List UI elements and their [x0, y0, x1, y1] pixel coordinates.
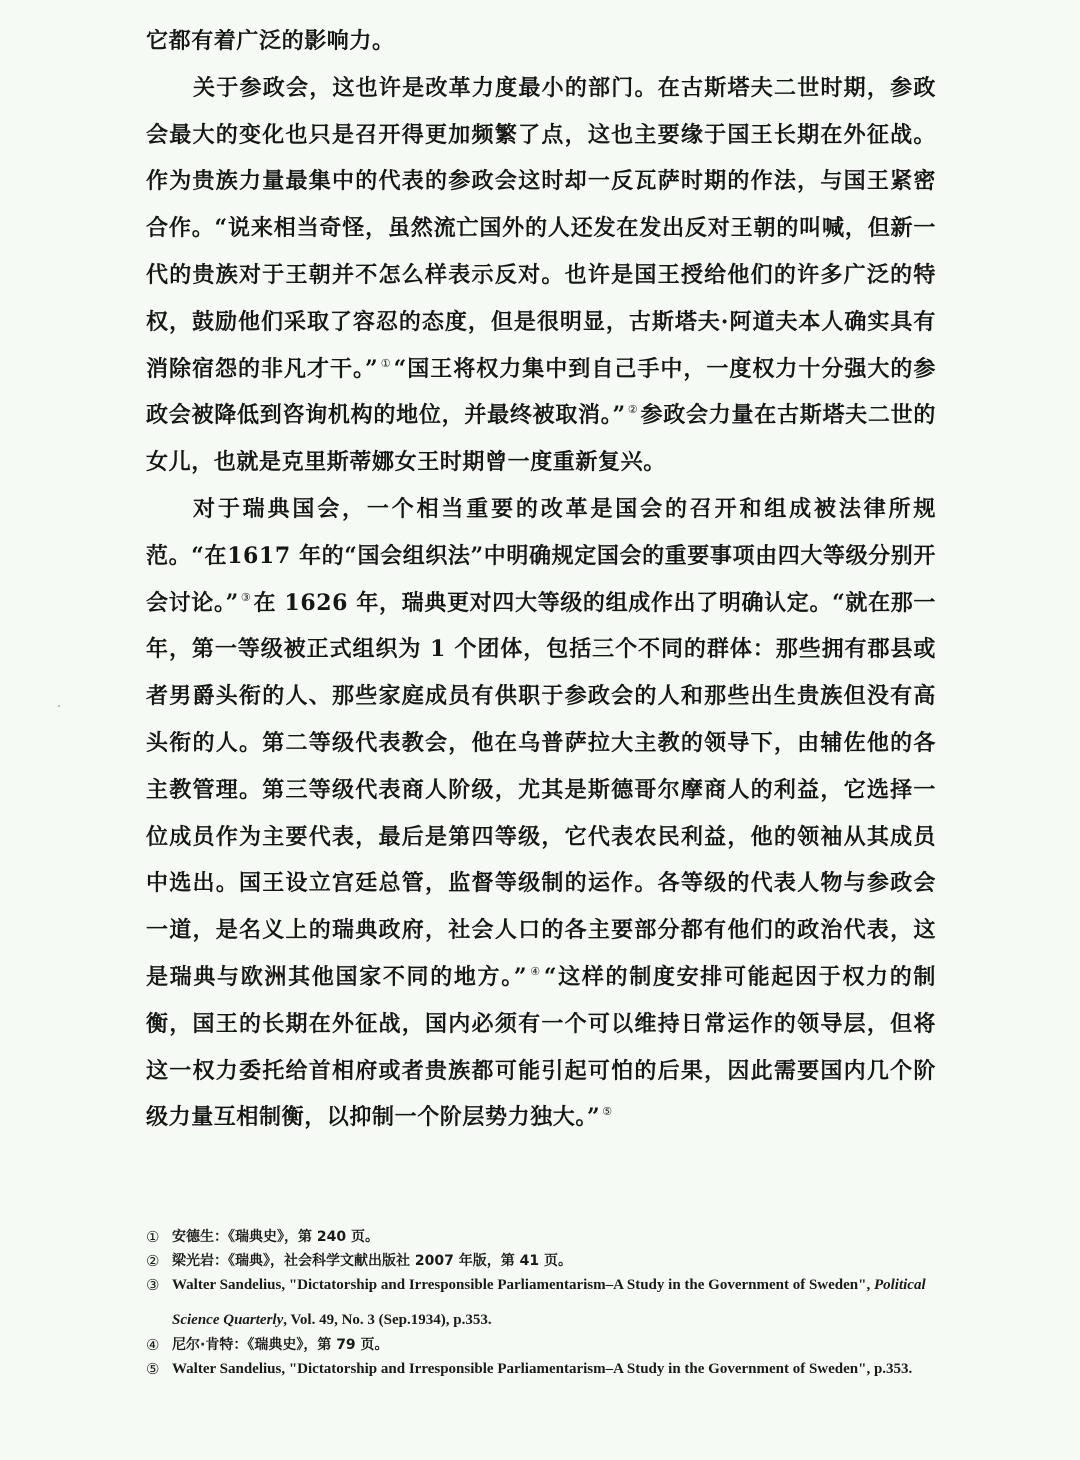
footnote-ref-1[interactable]: ①	[380, 357, 391, 370]
footnote-mark: ⑤	[146, 1352, 172, 1387]
footnote-ref-2[interactable]: ②	[628, 403, 639, 416]
scan-artifact	[58, 705, 60, 707]
footnote-mark: ①	[146, 1226, 172, 1248]
footnotes: ① 安德生：《瑞典史》，第 240 页。 ② 梁光岩：《瑞典》，社会科学文献出版…	[146, 1226, 936, 1383]
paragraph-1: 它都有着广泛的影响力。	[146, 18, 936, 65]
paragraph-text: 关于参政会，这也许是改革力度最小的部门。在古斯塔夫二世时期，参政会最大的变化也只…	[146, 75, 936, 382]
footnote-3: ③ Walter Sandelius, "Dictatorship and Ir…	[146, 1268, 936, 1338]
paragraph-3-riksdag: 对于瑞典国会，一个相当重要的改革是国会的召开和组成被法律所规范。“在1617 年…	[146, 486, 936, 1141]
footnote-ref-3[interactable]: ③	[241, 591, 252, 604]
footnote-text: Walter Sandelius, "Dictatorship and Irre…	[172, 1268, 936, 1338]
footnote-5: ⑤ Walter Sandelius, "Dictatorship and Ir…	[146, 1352, 936, 1387]
footnote-mark: ③	[146, 1268, 172, 1303]
footnote-text: 安德生：《瑞典史》，第 240 页。	[172, 1226, 936, 1248]
paragraph-text: 它都有着广泛的影响力。	[146, 28, 395, 54]
footnote-text: Walter Sandelius, "Dictatorship and Irre…	[172, 1352, 936, 1387]
footnote-1: ① 安德生：《瑞典史》，第 240 页。	[146, 1226, 936, 1248]
paragraph-text: 在 1626 年，瑞典更对四大等级的组成作出了明确认定。“就在那一年，第一等级被…	[146, 590, 936, 990]
footnote-ref-4[interactable]: ④	[529, 965, 542, 978]
document-body: 它都有着广泛的影响力。 关于参政会，这也许是改革力度最小的部门。在古斯塔夫二世时…	[146, 18, 936, 1141]
paragraph-2-council: 关于参政会，这也许是改革力度最小的部门。在古斯塔夫二世时期，参政会最大的变化也只…	[146, 65, 936, 486]
footnote-ref-5[interactable]: ⑤	[602, 1105, 612, 1118]
